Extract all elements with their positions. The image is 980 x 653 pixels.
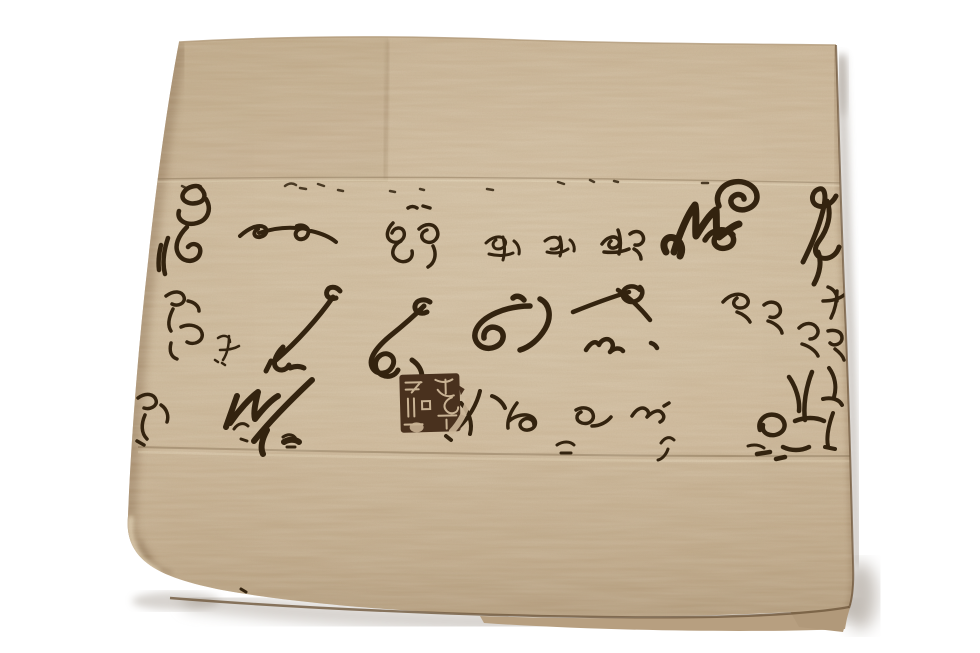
cloth <box>120 28 880 640</box>
fabric-grain-texture <box>120 28 880 640</box>
shadow-top-right <box>838 53 848 117</box>
linen-cloth-photo <box>0 0 980 653</box>
cloth-shading <box>120 28 880 640</box>
seal-stamp <box>399 373 468 433</box>
photo-canvas <box>0 0 980 653</box>
